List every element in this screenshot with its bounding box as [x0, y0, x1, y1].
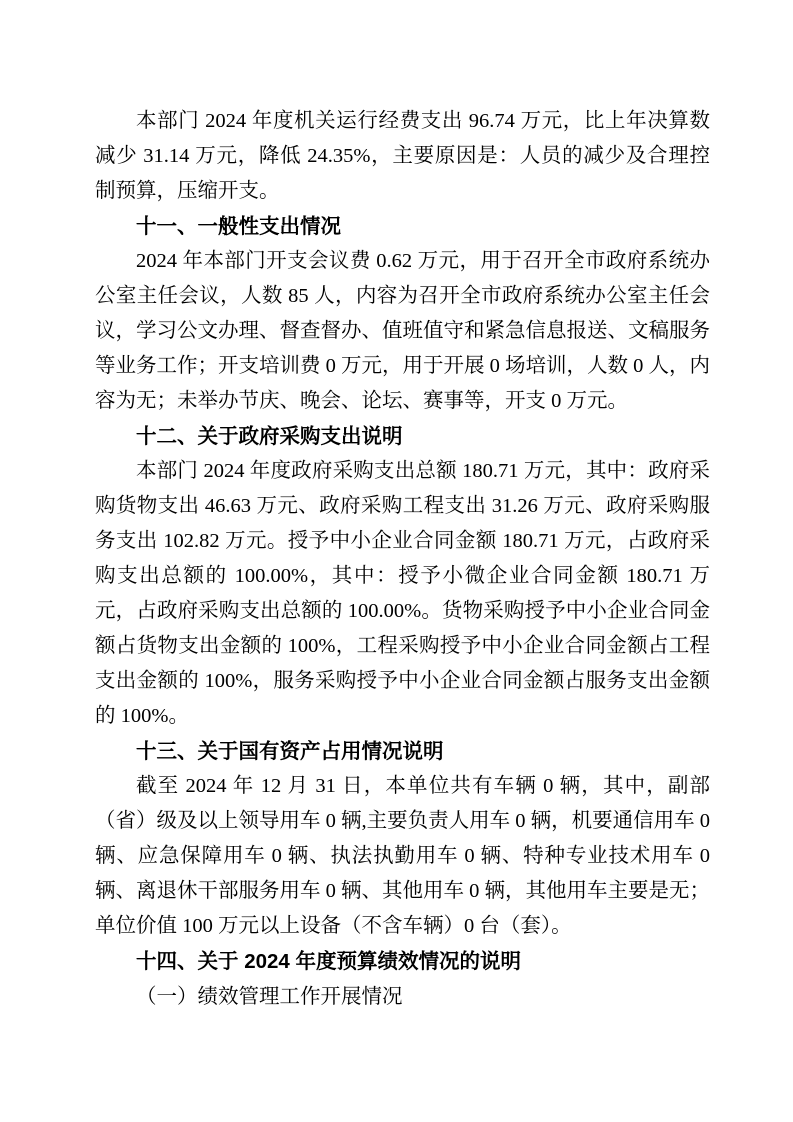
- heading-section-14-budget-performance: 十四、关于 2024 年度预算绩效情况的说明: [95, 944, 710, 979]
- para-operating-expense: 本部门 2024 年度机关运行经费支出 96.74 万元，比上年决算数减少 31…: [95, 104, 710, 209]
- heading-section-13-state-assets: 十三、关于国有资产占用情况说明: [95, 734, 710, 769]
- subheading-performance-management: （一）绩效管理工作开展情况: [95, 979, 710, 1014]
- document-content: 本部门 2024 年度机关运行经费支出 96.74 万元，比上年决算数减少 31…: [95, 104, 710, 1014]
- document-page: 本部门 2024 年度机关运行经费支出 96.74 万元，比上年决算数减少 31…: [0, 0, 793, 1122]
- heading-section-12-gov-procurement: 十二、关于政府采购支出说明: [95, 419, 710, 454]
- heading-section-11-general-expense: 十一、一般性支出情况: [95, 209, 710, 244]
- para-state-assets-detail: 截至 2024 年 12 月 31 日，本单位共有车辆 0 辆，其中，副部（省）…: [95, 769, 710, 944]
- para-general-expense-detail: 2024 年本部门开支会议费 0.62 万元，用于召开全市政府系统办公室主任会议…: [95, 244, 710, 419]
- para-gov-procurement-detail: 本部门 2024 年度政府采购支出总额 180.71 万元，其中：政府采购货物支…: [95, 454, 710, 734]
